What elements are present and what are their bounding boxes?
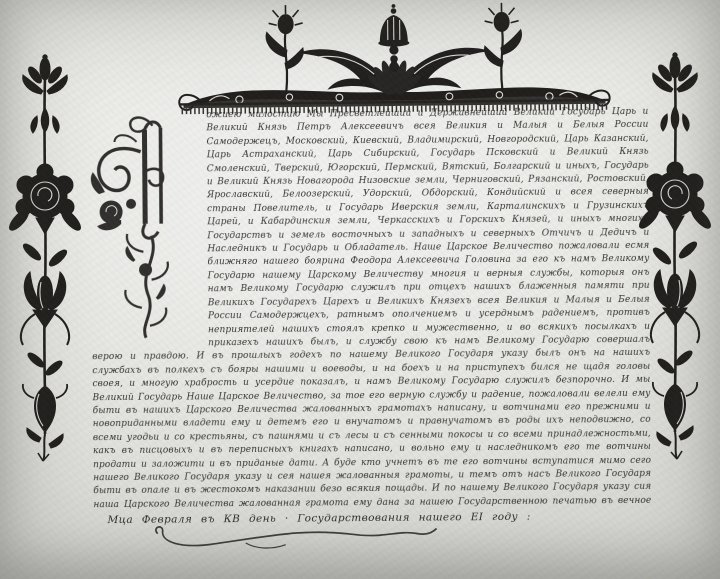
left-border-ornament — [8, 50, 82, 464]
manuscript-scan: ожиею милостию Мы Пресветлейший и Держав… — [0, 0, 720, 579]
illuminated-initial-icon — [90, 111, 200, 340]
headpiece-crown-foliage-icon — [167, 0, 620, 116]
closing-line: Мца Февраля въ КВ день · Государствовани… — [107, 510, 637, 526]
headpiece-ornament — [167, 0, 620, 116]
flower-stem-icon — [8, 50, 82, 464]
manuscript-body: ожиею милостию Мы Пресветлейший и Держав… — [90, 106, 651, 512]
manuscript-text-block: ожиею милостию Мы Пресветлейший и Держав… — [90, 106, 651, 546]
illuminated-initial — [90, 111, 200, 340]
